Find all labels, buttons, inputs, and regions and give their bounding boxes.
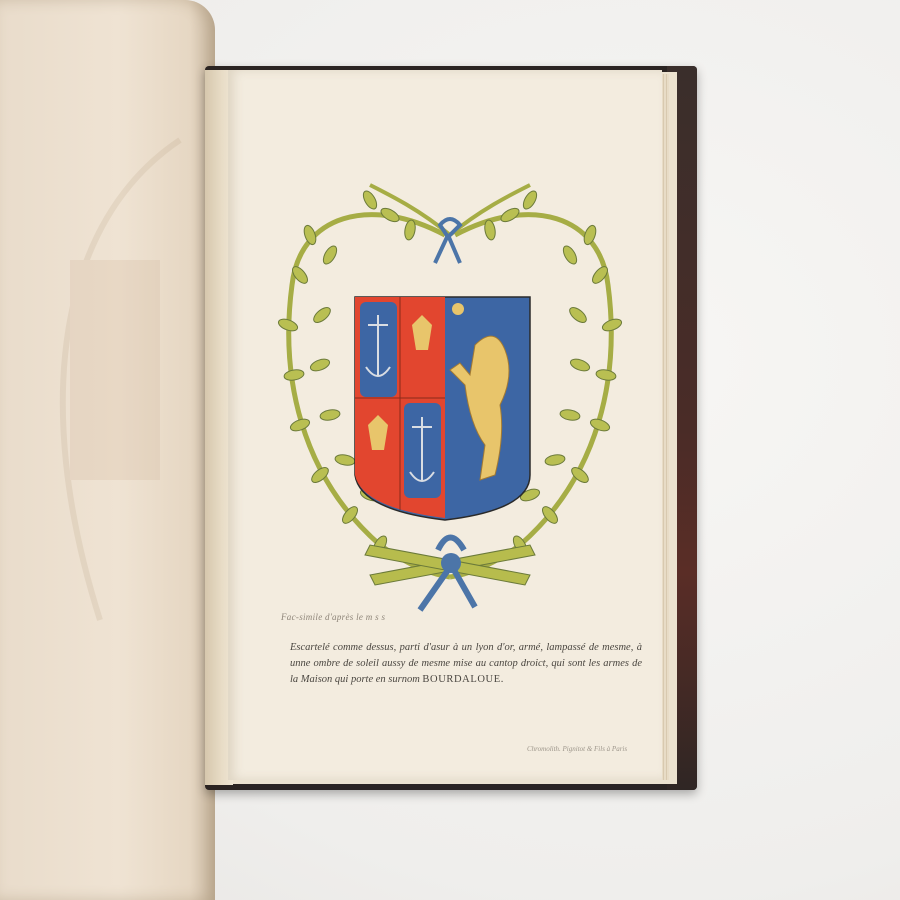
shield xyxy=(355,297,530,520)
top-ribbon xyxy=(435,219,460,263)
facsimile-note: Fac-simile d'après le m s s xyxy=(281,612,385,622)
printer-credit: Chromolith. Pignitot & Fils à Paris xyxy=(527,745,627,753)
bleed-through-wreath xyxy=(20,100,190,660)
coat-of-arms-plate xyxy=(270,175,630,615)
blazon-caption: Escartelé comme dessus, parti d'asur à u… xyxy=(290,640,642,688)
sun-icon xyxy=(452,303,464,315)
surname: BOURDALOUE. xyxy=(422,674,504,685)
left-page xyxy=(0,0,215,900)
